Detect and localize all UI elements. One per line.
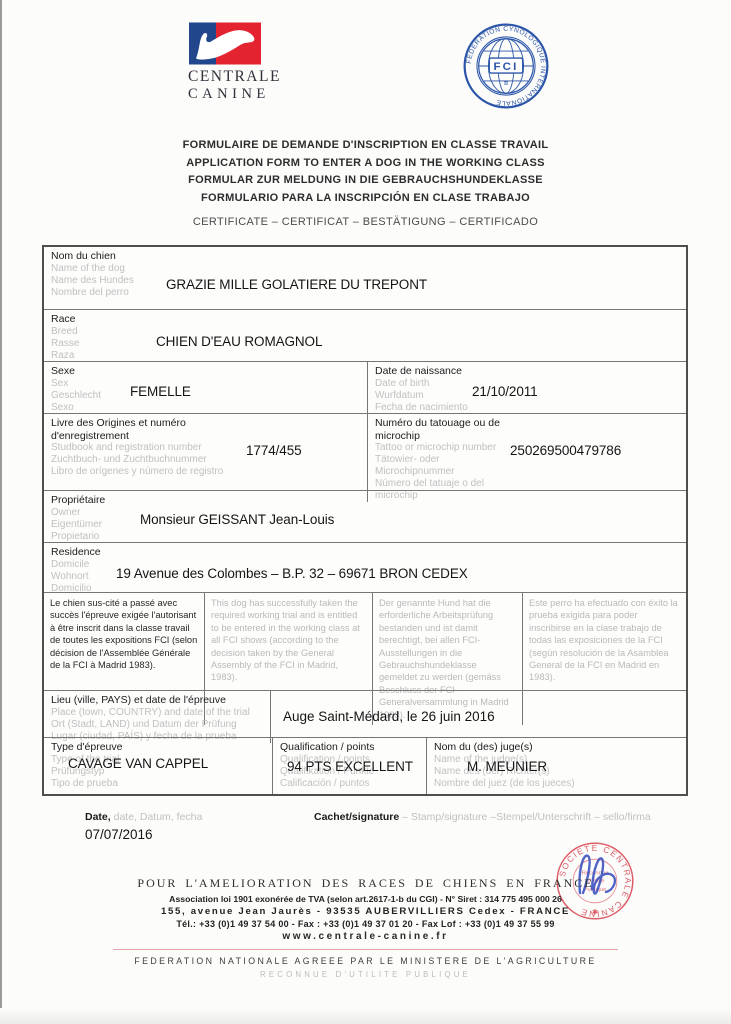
studbook-sublabel-es: Libro de orígenes y número de registro <box>51 466 242 478</box>
certificate-form-table: Nom du chien Name of the dog Name des Hu… <box>42 245 688 796</box>
title-line-de: FORMULAR ZUR MELDUNG IN DIE GEBRAUCHSHUN… <box>0 172 731 190</box>
residence-value: 19 Avenue des Colombes – B.P. 32 – 69671… <box>116 566 468 581</box>
declaration-row: Le chien sus-cité a passé avec succès l'… <box>44 592 686 690</box>
owner-value: Monsieur GEISSANT Jean-Louis <box>140 512 334 527</box>
field-judges: Nom du (des) juge(s) Name of the judge(s… <box>426 738 686 794</box>
footer-federation-line: FEDERATION NATIONALE AGREEE PAR LE MINIS… <box>0 956 731 966</box>
date-label: Date, date, Datum, fecha <box>85 811 202 823</box>
qualification-value: 94 PTS EXCELLENT <box>287 759 413 774</box>
certificate-line: CERTIFICATE – CERTIFICAT – BESTÄTIGUNG –… <box>0 216 731 228</box>
judges-label: Nom du (des) juge(s) <box>434 741 679 754</box>
field-row-studbook-chip: Livre des Origines et numéro d'enregistr… <box>44 413 686 490</box>
declaration-es: Este perro ha efectuado con éxito la pru… <box>523 593 686 688</box>
field-residence: Residence Domicile Wohnort Domicilio 19 … <box>44 542 686 592</box>
footer-phone-fax: Tél.: +33 (0)1 49 37 54 00 - Fax : +33 (… <box>0 919 731 929</box>
chip-value: 250269500479786 <box>510 443 621 458</box>
field-studbook: Livre des Origines et numéro d'enregistr… <box>44 414 367 502</box>
birth-sublabel-es: Fecha de nacimiento <box>375 402 679 414</box>
breed-sublabel-es: Raza <box>51 350 679 362</box>
studbook-value: 1774/455 <box>246 443 302 458</box>
footer-public-utility-line: RECONNUE D'UTILITE PUBLIQUE <box>0 970 731 979</box>
fci-equals-mark: = <box>504 79 509 88</box>
dog-name-value: GRAZIE MILLE GOLATIERE DU TREPONT <box>166 277 427 292</box>
brand-word-canine: CANINE <box>188 86 262 103</box>
studbook-label: Livre des Origines et numéro d'enregistr… <box>51 417 242 442</box>
field-row-trial-results: Type d'épreuve Type of the trial Prüfung… <box>44 737 686 794</box>
breed-value: CHIEN D'EAU ROMAGNOL <box>156 334 322 349</box>
scan-edge-bottom <box>0 1008 731 1024</box>
declaration-en: This dog has successfully taken the requ… <box>205 593 372 688</box>
date-value: 07/07/2016 <box>85 827 153 842</box>
birth-label: Date de naissance <box>375 365 679 378</box>
footer-website: www.centrale-canine.fr <box>0 931 731 942</box>
studbook-sublabel-en: Studbook and registration number <box>51 442 242 454</box>
place-value: Auge Saint-Médard, le 26 juin 2016 <box>270 691 686 743</box>
cachet-signature-label: Cachet/signature – Stamp/signature –Stem… <box>314 811 651 823</box>
birth-value: 21/10/2011 <box>472 384 538 399</box>
owner-sublabel-es: Propietario <box>51 531 679 543</box>
place-sublabel-de: Ort (Stadt, LAND) und Datum der Prüfung <box>51 719 263 731</box>
place-label: Lieu (ville, PAYS) et date de l'épreuve <box>51 694 263 707</box>
place-sublabel-en: Place (town, COUNTRY) and date of the tr… <box>51 707 263 719</box>
field-microchip: Numéro du tatouage ou de microchip Tatto… <box>367 414 686 502</box>
centrale-canine-logo: CENTRALE CANINE <box>188 22 262 103</box>
footer-block: POUR L'AMELIORATION DES RACES DE CHIENS … <box>0 876 731 979</box>
judges-sublabel-es: Nombre del juez (de los jueces) <box>434 778 679 790</box>
qualification-label: Qualification / points <box>280 741 419 754</box>
form-title-block: FORMULAIRE DE DEMANDE D'INSCRIPTION EN C… <box>0 137 731 207</box>
field-place-date: Lieu (ville, PAYS) et date de l'épreuve … <box>44 690 686 737</box>
fci-acronym: FCI <box>493 61 518 73</box>
fci-logo: FEDERATION CYNOLOGIQUE INTERNATIONALE FC… <box>462 20 550 112</box>
field-dog-name: Nom du chien Name of the dog Name des Hu… <box>44 247 686 309</box>
dog-name-label: Nom du chien <box>51 250 679 263</box>
trial-type-label: Type d'épreuve <box>51 741 265 754</box>
trial-type-sublabel-es: Tipo de prueba <box>51 778 265 790</box>
field-trial-type: Type d'épreuve Type of the trial Prüfung… <box>44 738 272 794</box>
field-birth-date: Date de naissance Date of birth Wurfdatu… <box>367 362 686 414</box>
breed-sublabel-en: Breed <box>51 326 679 338</box>
footer-divider <box>113 949 618 950</box>
breed-label: Race <box>51 313 679 326</box>
scanned-certificate-page: CENTRALE CANINE FEDERATION CYNOLOGIQUE I… <box>0 0 731 1024</box>
residence-label: Residence <box>51 546 679 559</box>
field-qualification: Qualification / points Qualification / p… <box>272 738 426 794</box>
title-line-en: APPLICATION FORM TO ENTER A DOG IN THE W… <box>0 155 731 173</box>
field-breed: Race Breed Rasse Raza CHIEN D'EAU ROMAGN… <box>44 309 686 361</box>
declaration-fr: Le chien sus-cité a passé avec succès l'… <box>44 593 204 675</box>
judges-value: M. MEUNIER <box>467 759 547 774</box>
qualification-sublabel-es: Calificación / puntos <box>280 778 419 790</box>
brand-word-centrale: CENTRALE <box>188 68 262 86</box>
footer-address: 155, avenue Jean Jaurès - 93535 AUBERVIL… <box>0 906 731 917</box>
field-owner: Propriétaire Owner Eigentümer Propietari… <box>44 490 686 542</box>
sex-label: Sexe <box>51 365 360 378</box>
sex-value: FEMELLE <box>130 384 191 399</box>
sex-sublabel-en: Sex <box>51 378 360 390</box>
breed-sublabel-de: Rasse <box>51 338 679 350</box>
title-line-es: FORMULARIO PARA LA INSCRIPCIÓN EN CLASE … <box>0 190 731 208</box>
chip-label: Numéro du tatouage ou de microchip <box>375 417 513 442</box>
trial-type-value: CAVAGE VAN CAPPEL <box>68 756 208 771</box>
studbook-sublabel-de: Zuchtbuch- und Zuchtbuchnummer <box>51 454 242 466</box>
title-line-fr: FORMULAIRE DE DEMANDE D'INSCRIPTION EN C… <box>0 137 731 155</box>
chip-sublabel-en: Tattoo or microchip number <box>375 442 513 454</box>
field-row-sex-birth: Sexe Sex Geschlecht Sexo FEMELLE Date de… <box>44 361 686 413</box>
footer-motto: POUR L'AMELIORATION DES RACES DE CHIENS … <box>0 876 731 891</box>
leaping-dog-icon <box>189 22 261 65</box>
field-sex: Sexe Sex Geschlecht Sexo FEMELLE <box>44 362 367 414</box>
owner-label: Propriétaire <box>51 494 679 507</box>
chip-sublabel-de: Tätowier- oder Microchipnummer <box>375 454 513 478</box>
footer-association-info: Association loi 1901 exonérée de TVA (se… <box>0 894 731 904</box>
sex-sublabel-de: Geschlecht <box>51 390 360 402</box>
sex-sublabel-es: Sexo <box>51 402 360 414</box>
dog-name-sublabel-en: Name of the dog <box>51 263 679 275</box>
